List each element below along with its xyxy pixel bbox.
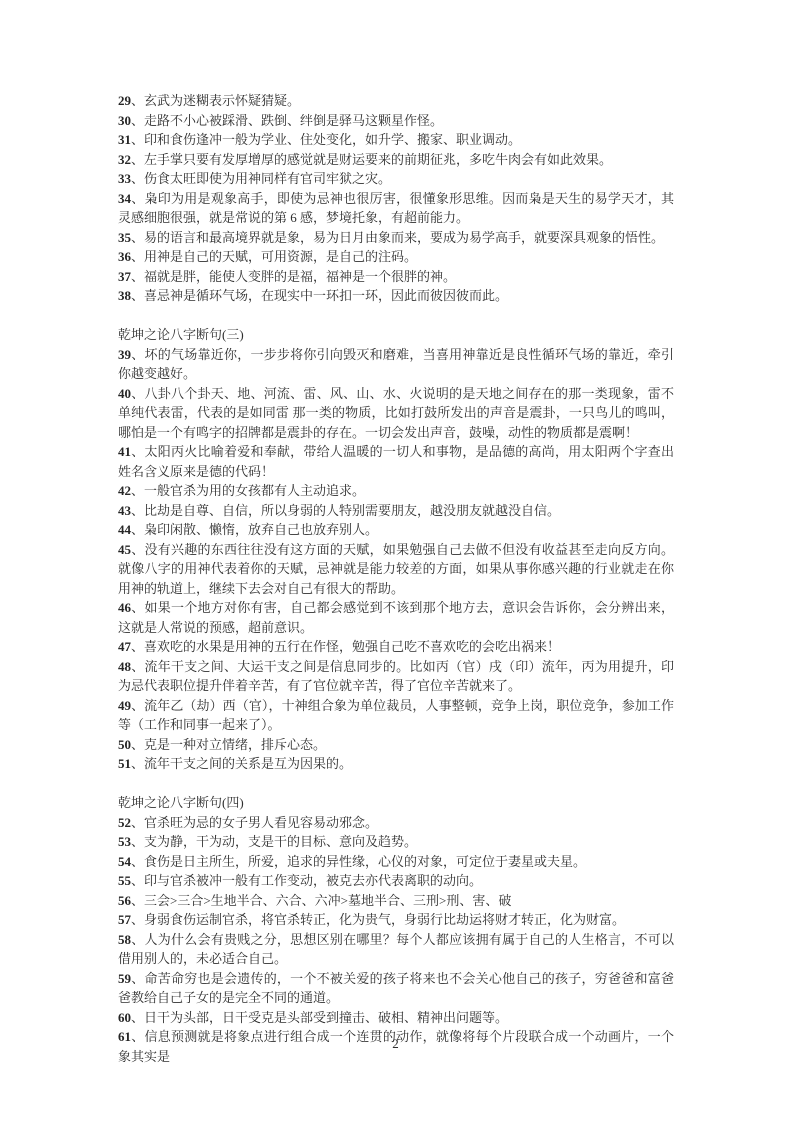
item-text: 左手掌只要有发厚增厚的感觉就是财运要来的前期征兆，多吃牛肉会有如此效果。 — [144, 152, 612, 167]
item-number: 50 — [118, 737, 131, 752]
item-number: 60 — [118, 1010, 131, 1025]
item-separator: 、 — [131, 132, 144, 147]
item-text: 命苦命穷也是会遗传的，一个不被关爱的孩子将来也不会关心他自己的孩子，穷爸爸和富爸… — [118, 971, 674, 1006]
item-text: 印和食伤逢冲一般为学业、住处变化，如升学、搬家、职业调动。 — [144, 132, 521, 147]
item-separator: 、 — [131, 171, 144, 186]
item-number: 51 — [118, 756, 131, 771]
section-heading: 乾坤之论八字断句(三) — [118, 325, 674, 345]
item-number: 41 — [118, 444, 131, 459]
list-item: 37、福就是胖，能使人变胖的是福，福神是一个很胖的神。 — [118, 267, 674, 287]
item-text: 伤食太旺即使为用神同样有官司牢狱之灾。 — [144, 171, 391, 186]
item-number: 44 — [118, 522, 131, 537]
item-number: 48 — [118, 659, 131, 674]
list-item: 55、印与官杀被冲一般有工作变动，被克去亦代表离职的动向。 — [118, 871, 674, 891]
item-number: 57 — [118, 912, 131, 927]
list-item: 58、人为什么会有贵贱之分，思想区别在哪里？每个人都应该拥有属于自己的人生格言，… — [118, 930, 674, 969]
item-separator: 、 — [131, 483, 144, 498]
item-separator: 、 — [131, 542, 145, 557]
item-number: 45 — [118, 542, 131, 557]
list-item: 31、印和食伤逢冲一般为学业、住处变化，如升学、搬家、职业调动。 — [118, 130, 674, 150]
list-item: 57、身弱食伤运制官杀，将官杀转正，化为贵气，身弱行比劫运将财才转正，化为财富。 — [118, 910, 674, 930]
item-separator: 、 — [131, 347, 145, 362]
item-text: 克是一种对立情绪，排斥心态。 — [144, 737, 326, 752]
list-item: 50、克是一种对立情绪，排斥心态。 — [118, 735, 674, 755]
item-number: 31 — [118, 132, 131, 147]
item-number: 40 — [118, 386, 131, 401]
item-separator: 、 — [131, 854, 144, 869]
item-number: 34 — [118, 191, 131, 206]
document-content: 29、玄武为迷糊表示怀疑猜疑。30、走路不小心被踩滑、跌倒、绊倒是驿马这颗星作怪… — [118, 91, 674, 1066]
item-separator: 、 — [131, 698, 144, 713]
item-number: 36 — [118, 249, 131, 264]
item-text: 用神是自己的天赋，可用资源，是自己的注码。 — [144, 249, 417, 264]
list-item: 34、枭印为用是观象高手，即使为忌神也很厉害，很懂象形思维。因而枭是天生的易学天… — [118, 189, 674, 228]
item-separator: 、 — [131, 600, 145, 615]
item-number: 37 — [118, 269, 131, 284]
item-text: 喜忌神是循环气场，在现实中一环扣一环，因此而彼因彼而此。 — [144, 288, 508, 303]
list-item: 54、食伤是日主所生，所爱，追求的异性缘，心仪的对象，可定位于妻星或夫星。 — [118, 852, 674, 872]
item-text: 日干为头部，日干受克是头部受到撞击、破相、精神出问题等。 — [144, 1010, 508, 1025]
list-item: 49、流年乙（劫）西（官），十神组合象为单位裁员，人事整顿，竞争上岗，职位竞争，… — [118, 696, 674, 735]
item-number: 46 — [118, 600, 131, 615]
item-number: 58 — [118, 932, 131, 947]
item-text: 喜欢吃的水果是用神的五行在作怪，勉强自己吃不喜欢吃的会吃出祸来！ — [144, 639, 560, 654]
list-item: 45、没有兴趣的东西往往没有这方面的天赋，如果勉强自己去做不但没有收益甚至走向反… — [118, 540, 674, 599]
list-item: 56、三会>三合>生地半合、六合、六冲>墓地半合、三刑>刑、害、破 — [118, 891, 674, 911]
item-text: 没有兴趣的东西往往没有这方面的天赋，如果勉强自己去做不但没有收益甚至走向反方向。… — [118, 542, 674, 596]
item-text: 太阳丙火比喻着爱和奉献，带给人温暖的一切人和事物，是品德的高尚，用太阳两个字查出… — [118, 444, 674, 479]
item-text: 支为静，干为动，支是干的目标、意向及趋势。 — [144, 834, 417, 849]
item-text: 流年干支之间的关系是互为因果的。 — [144, 756, 352, 771]
item-text: 走路不小心被踩滑、跌倒、绊倒是驿马这颗星作怪。 — [144, 113, 443, 128]
item-separator: 、 — [131, 971, 145, 986]
item-text: 三会>三合>生地半合、六合、六冲>墓地半合、三刑>刑、害、破 — [144, 893, 511, 908]
list-item: 48、流年干支之间、大运干支之间是信息同步的。比如丙（官）戌（印）流年，丙为用提… — [118, 657, 674, 696]
item-number: 43 — [118, 503, 131, 518]
list-item: 52、官杀旺为忌的女子男人看见容易动邪念。 — [118, 813, 674, 833]
list-item: 60、日干为头部，日干受克是头部受到撞击、破相、精神出问题等。 — [118, 1008, 674, 1028]
item-number: 47 — [118, 639, 131, 654]
item-separator: 、 — [131, 503, 144, 518]
item-number: 30 — [118, 113, 131, 128]
item-text: 比劫是自尊、自信，所以身弱的人特别需要朋友，越没朋友就越没自信。 — [144, 503, 560, 518]
list-item: 51、流年干支之间的关系是互为因果的。 — [118, 754, 674, 774]
item-text: 身弱食伤运制官杀，将官杀转正，化为贵气，身弱行比劫运将财才转正，化为财富。 — [144, 912, 625, 927]
item-text: 官杀旺为忌的女子男人看见容易动邪念。 — [144, 815, 378, 830]
list-item: 35、易的语言和最高境界就是象，易为日月由象而来，要成为易学高手，就要深具观象的… — [118, 228, 674, 248]
list-item: 47、喜欢吃的水果是用神的五行在作怪，勉强自己吃不喜欢吃的会吃出祸来！ — [118, 637, 674, 657]
list-item: 33、伤食太旺即使为用神同样有官司牢狱之灾。 — [118, 169, 674, 189]
list-item: 53、支为静，干为动，支是干的目标、意向及趋势。 — [118, 832, 674, 852]
item-separator: 、 — [131, 249, 144, 264]
item-number: 59 — [118, 971, 131, 986]
item-separator: 、 — [131, 444, 145, 459]
item-number: 53 — [118, 834, 131, 849]
item-number: 33 — [118, 171, 131, 186]
item-number: 42 — [118, 483, 131, 498]
document-page: 29、玄武为迷糊表示怀疑猜疑。30、走路不小心被踩滑、跌倒、绊倒是驿马这颗星作怪… — [0, 0, 791, 1122]
item-separator: 、 — [131, 815, 144, 830]
item-text: 易的语言和最高境界就是象，易为日月由象而来，要成为易学高手，就要深具观象的悟性。 — [144, 230, 664, 245]
list-item: 41、太阳丙火比喻着爱和奉献，带给人温暖的一切人和事物，是品德的高尚，用太阳两个… — [118, 442, 674, 481]
item-text: 枭印闲散、懒惰，放弃自己也放弃别人。 — [144, 522, 378, 537]
item-number: 54 — [118, 854, 131, 869]
item-separator: 、 — [131, 386, 145, 401]
list-item: 43、比劫是自尊、自信，所以身弱的人特别需要朋友，越没朋友就越没自信。 — [118, 501, 674, 521]
list-item: 36、用神是自己的天赋，可用资源，是自己的注码。 — [118, 247, 674, 267]
item-text: 人为什么会有贵贱之分，思想区别在哪里？每个人都应该拥有属于自己的人生格言，不可以… — [118, 932, 674, 967]
item-number: 56 — [118, 893, 131, 908]
item-text: 枭印为用是观象高手，即使为忌神也很厉害，很懂象形思维。因而枭是天生的易学天才，其… — [118, 191, 674, 226]
item-text: 食伤是日主所生，所爱，追求的异性缘，心仪的对象，可定位于妻星或夫星。 — [144, 854, 586, 869]
item-number: 39 — [118, 347, 131, 362]
list-item: 30、走路不小心被踩滑、跌倒、绊倒是驿马这颗星作怪。 — [118, 111, 674, 131]
item-separator: 、 — [131, 639, 144, 654]
item-text: 流年乙（劫）西（官），十神组合象为单位裁员，人事整顿，竞争上岗，职位竞争，参加工… — [118, 698, 674, 733]
list-item: 32、左手掌只要有发厚增厚的感觉就是财运要来的前期征兆，多吃牛肉会有如此效果。 — [118, 150, 674, 170]
item-number: 32 — [118, 152, 131, 167]
item-separator: 、 — [131, 269, 144, 284]
list-item: 38、喜忌神是循环气场，在现实中一环扣一环，因此而彼因彼而此。 — [118, 286, 674, 306]
item-separator: 、 — [131, 932, 145, 947]
item-separator: 、 — [131, 191, 145, 206]
item-separator: 、 — [131, 659, 145, 674]
item-separator: 、 — [131, 230, 144, 245]
list-item: 46、如果一个地方对你有害，自己都会感觉到不该到那个地方去，意识会告诉你，会分辨… — [118, 598, 674, 637]
item-separator: 、 — [131, 152, 144, 167]
item-number: 38 — [118, 288, 131, 303]
item-separator: 、 — [131, 1010, 144, 1025]
item-separator: 、 — [131, 893, 144, 908]
item-text: 八卦八个卦天、地、河流、雷、风、山、水、火说明的是天地之间存在的那一类现象，雷不… — [118, 386, 674, 440]
item-text: 流年干支之间、大运干支之间是信息同步的。比如丙（官）戌（印）流年，丙为用提升，印… — [118, 659, 674, 694]
list-item: 29、玄武为迷糊表示怀疑猜疑。 — [118, 91, 674, 111]
item-number: 52 — [118, 815, 131, 830]
item-separator: 、 — [131, 288, 144, 303]
item-text: 坏的气场靠近你，一步步将你引向毁灭和磨难，当喜用神靠近是良性循环气场的靠近，牵引… — [118, 347, 674, 382]
item-separator: 、 — [131, 834, 144, 849]
list-item: 40、八卦八个卦天、地、河流、雷、风、山、水、火说明的是天地之间存在的那一类现象… — [118, 384, 674, 443]
item-text: 印与官杀被冲一般有工作变动，被克去亦代表离职的动向。 — [144, 873, 482, 888]
item-text: 一般官杀为用的女孩都有人主动追求。 — [144, 483, 365, 498]
list-item: 44、枭印闲散、懒惰，放弃自己也放弃别人。 — [118, 520, 674, 540]
page-number: 2 — [0, 1036, 791, 1052]
item-separator: 、 — [131, 912, 144, 927]
item-number: 55 — [118, 873, 131, 888]
list-item: 39、坏的气场靠近你，一步步将你引向毁灭和磨难，当喜用神靠近是良性循环气场的靠近… — [118, 345, 674, 384]
item-separator: 、 — [131, 93, 144, 108]
list-item: 59、命苦命穷也是会遗传的，一个不被关爱的孩子将来也不会关心他自己的孩子，穷爸爸… — [118, 969, 674, 1008]
item-text: 如果一个地方对你有害，自己都会感觉到不该到那个地方去，意识会告诉你，会分辨出来，… — [118, 600, 674, 635]
item-number: 49 — [118, 698, 131, 713]
item-separator: 、 — [131, 113, 144, 128]
item-number: 35 — [118, 230, 131, 245]
section-heading: 乾坤之论八字断句(四) — [118, 793, 674, 813]
item-separator: 、 — [131, 756, 144, 771]
item-separator: 、 — [131, 737, 144, 752]
item-text: 福就是胖，能使人变胖的是福，福神是一个很胖的神。 — [144, 269, 456, 284]
item-number: 29 — [118, 93, 131, 108]
item-text: 玄武为迷糊表示怀疑猜疑。 — [144, 93, 300, 108]
item-separator: 、 — [131, 522, 144, 537]
list-item: 42、一般官杀为用的女孩都有人主动追求。 — [118, 481, 674, 501]
item-separator: 、 — [131, 873, 144, 888]
